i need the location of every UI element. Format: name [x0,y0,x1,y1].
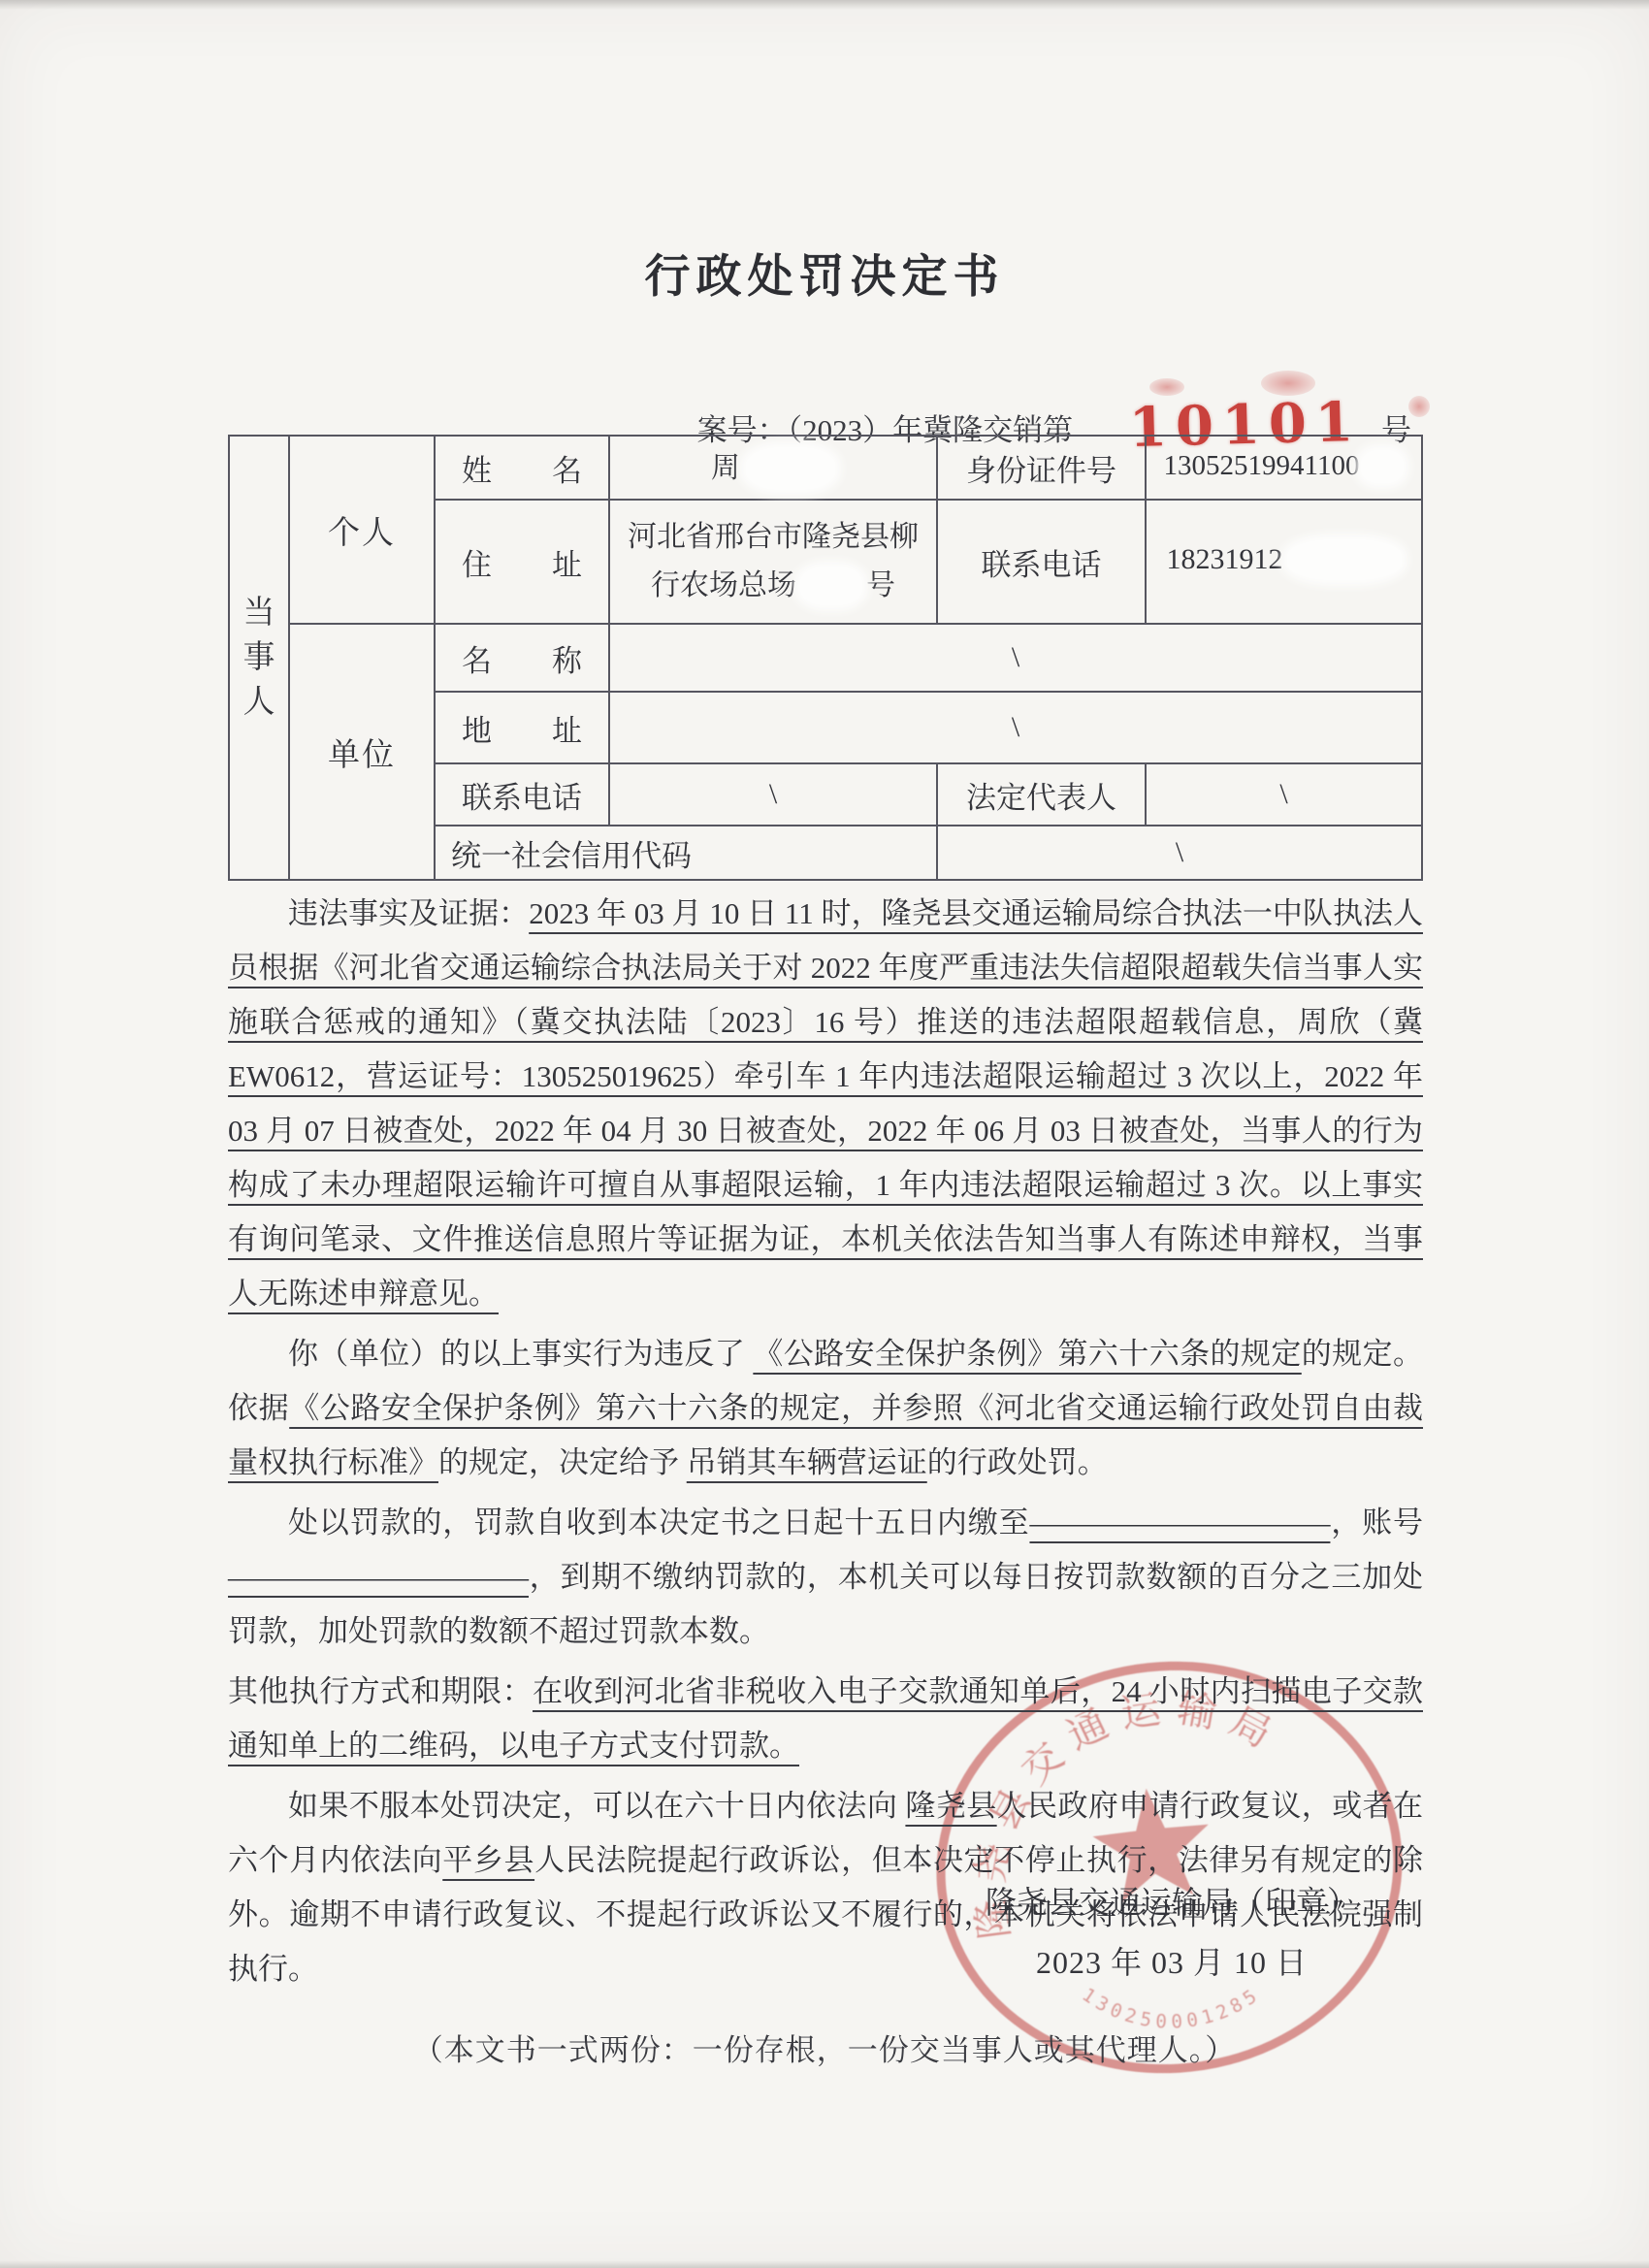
unit-name-value-cell: \ [609,624,1422,692]
issuing-authority: 隆尧县交通运输局（印章） [986,1878,1358,1923]
address-value-cell: 河北省邢台市隆尧县柳 行农场总场号 [609,500,937,624]
credit-code-value-cell: \ [937,826,1422,880]
appeal-text: 如果不服本处罚决定，可以在六十日内依法向 [288,1789,905,1823]
redaction-blur [746,447,835,490]
id-value: 13052519941100 [1164,450,1360,481]
penalty-decision: 吊销其车辆营运证 [687,1445,927,1479]
phone-label-cell: 联系电话 [937,500,1146,624]
legal-rep-value-cell: \ [1146,763,1422,826]
legal-basis-text: 的规定，决定给予 [438,1445,687,1479]
decision-date: 2023 年 03 月 10 日 [986,1938,1358,1983]
address-line2-suffix: 号 [866,569,895,601]
paragraph-fine-payment: 处以罚款的，罚款自收到本决定书之日起十五日内缴至——————————，账号———… [228,1496,1423,1659]
legal-basis-text: 你（单位）的以上事实行为违反了 [288,1337,753,1371]
red-ink-speck [1408,396,1430,417]
person-group-cell: 个人 [289,436,435,624]
table-row: 当事人 个人 姓 名 周 身份证件号 13052519941100 [229,436,1422,500]
fine-payment-text: ，账号 [1330,1506,1423,1539]
party-info-table: 当事人 个人 姓 名 周 身份证件号 13052519941100 住 址 河北… [228,435,1423,881]
facts-label: 违法事实及证据： [288,896,529,930]
id-label-cell: 身份证件号 [937,436,1146,500]
document-body: 违法事实及证据：2023 年 03 月 10 日 11 时，隆尧县交通运输局综合… [228,887,1423,1996]
phone-value-cell: 18231912 [1146,500,1422,624]
phone-value: 18231912 [1167,543,1283,575]
name-value-cell: 周 [609,436,937,500]
paragraph-facts: 违法事实及证据：2023 年 03 月 10 日 11 时，隆尧县交通运输局综合… [228,887,1423,1321]
redaction-blur [1361,450,1404,483]
credit-code-label-cell: 统一社会信用代码 [435,826,937,880]
review-authority: 隆尧县 [905,1789,996,1823]
copies-note: （本文书一式两份：一份存根，一份交当事人或其代理人。） [0,2025,1649,2069]
unit-address-value-cell: \ [609,692,1422,763]
scanned-document-page: 行政处罚决定书 案号：（2023）年冀隆交销第 10101 号 当事人 个人 姓… [0,0,1649,2268]
id-value-cell: 13052519941100 [1146,436,1422,500]
redaction-blur [1287,539,1402,580]
party-header-cell: 当事人 [229,436,289,880]
legal-rep-label-cell: 法定代表人 [937,763,1146,826]
legal-basis-text: 的行政处罚。 [927,1445,1108,1479]
table-row: 单位 名 称 \ [229,624,1422,692]
facts-text: 2023 年 03 月 10 日 11 时，隆尧县交通运输局综合执法一中队执法人… [228,896,1423,1311]
unit-name-label-cell: 名 称 [435,624,609,692]
court-name: 平乡县 [442,1843,534,1877]
cited-regulation: 《公路安全保护条例》第六十六条的规定 [753,1337,1301,1371]
fine-payment-text: 处以罚款的，罚款自收到本决定书之日起十五日内缴至 [288,1506,1029,1539]
address-label-cell: 住 址 [435,500,609,624]
redaction-blur [800,567,862,605]
blank-dashes: —————————— [1029,1506,1330,1539]
page-title: 行政处罚决定书 [0,241,1649,306]
party-vertical-label: 当事人 [242,591,276,725]
signature-block: 隆尧县交通运输局（印章） 2023 年 03 月 10 日 [986,1878,1358,1983]
paragraph-legal-basis: 你（单位）的以上事实行为违反了 《公路安全保护条例》第六十六条的规定的规定。依据… [228,1327,1423,1490]
address-line1: 河北省邢台市隆尧县柳 [628,521,919,553]
name-label-cell: 姓 名 [435,436,609,500]
name-value: 周 [711,452,740,484]
unit-group-cell: 单位 [289,624,435,880]
unit-phone-label-cell: 联系电话 [435,763,609,826]
unit-address-label-cell: 地 址 [435,692,609,763]
blank-dashes: —————————— [228,1560,529,1594]
paragraph-other-execution: 其他执行方式和期限：在收到河北省非税收入电子交款通知单后，24 小时内扫描电子交… [228,1665,1423,1773]
address-line2: 行农场总场 [651,569,796,601]
unit-phone-value-cell: \ [609,763,937,826]
other-execution-label: 其他执行方式和期限： [228,1674,533,1708]
